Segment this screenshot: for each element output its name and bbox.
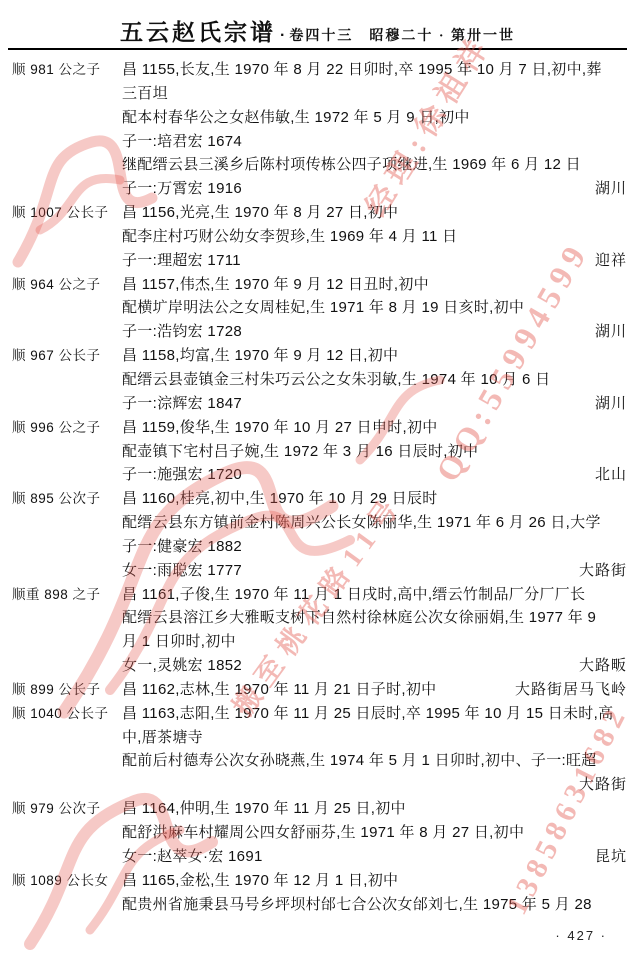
genealogy-entries: 顺 981 公之子 昌 1155,长友,生 1970 年 8 月 22 日卯时,… bbox=[12, 58, 627, 916]
father-ref-label: 顺 1007 公长子 bbox=[12, 201, 122, 225]
genealogy-row: 顺 981 公之子 昌 1155,长友,生 1970 年 8 月 22 日卯时,… bbox=[12, 58, 627, 82]
book-title: 五云赵氏宗谱 bbox=[120, 20, 276, 45]
genealogy-row: 继配缙云县三溪乡后陈村项传栋公四子项继进,生 1969 年 6 月 12 日 bbox=[12, 153, 627, 177]
entry-text: 配前后村德寿公次女孙晓燕,生 1974 年 5 月 1 日卯时,初中、子一:旺超 bbox=[122, 749, 597, 773]
genealogy-row: 顺 1040 公长子 昌 1163,志阳,生 1970 年 11 月 25 日辰… bbox=[12, 702, 627, 726]
entry-text: 昌 1165,金松,生 1970 年 12 月 1 日,初中 bbox=[122, 869, 398, 893]
residence-label: 昆坑 bbox=[595, 845, 627, 869]
residence-label: 湖川 bbox=[595, 177, 627, 201]
entry-text: 子一:理超宏 1711 bbox=[122, 249, 241, 273]
residence-label: 大路街居马飞岭 bbox=[515, 678, 627, 702]
genealogy-row: 配缙云县东方镇前金村陈周兴公长女陈丽华,生 1971 年 6 月 26 日,大学 bbox=[12, 511, 627, 535]
genealogy-row: 子一:淙辉宏 1847 湖川 bbox=[12, 392, 627, 416]
genealogy-row: 子一:浩钧宏 1728 湖川 bbox=[12, 320, 627, 344]
genealogy-row: 女一:雨聪宏 1777 大路街 bbox=[12, 559, 627, 583]
genealogy-row: 女一:赵萃女·宏 1691 昆坑 bbox=[12, 845, 627, 869]
genealogy-row: 顺重 898 之子 昌 1161,子俊,生 1970 年 11 月 1 日戌时,… bbox=[12, 583, 627, 607]
page-number: · 427 · bbox=[555, 928, 607, 943]
genealogy-row: 配贵州省施秉县马号乡坪坝村邰七合公次女邰刘七,生 1975 年 5 月 28 bbox=[12, 893, 627, 917]
entry-text: 女一:赵萃女·宏 1691 bbox=[122, 845, 263, 869]
genealogy-row: 配缙云县溶江乡大雅畈支树下自然村徐林庭公次女徐丽娟,生 1977 年 9 bbox=[12, 606, 627, 630]
entry-text: 昌 1163,志阳,生 1970 年 11 月 25 日辰时,卒 1995 年 … bbox=[122, 702, 613, 726]
title-separator-dot: · bbox=[276, 27, 289, 44]
entry-text: 昌 1157,伟杰,生 1970 年 9 月 12 日丑时,初中 bbox=[122, 273, 429, 297]
genealogy-row: 顺 979 公次子 昌 1164,仲明,生 1970 年 11 月 25 日,初… bbox=[12, 797, 627, 821]
entry-text: 子一:健豪宏 1882 bbox=[122, 535, 242, 559]
father-ref-label: 顺 967 公长子 bbox=[12, 344, 122, 368]
father-ref-label: 顺 1040 公长子 bbox=[12, 702, 122, 726]
entry-text: 配舒洪麻车村耀周公四女舒丽芬,生 1971 年 8 月 27 日,初中 bbox=[122, 821, 524, 845]
genealogy-row: 配壶镇下宅村吕子婉,生 1972 年 3 月 16 日辰时,初中 bbox=[12, 440, 627, 464]
entry-text: 中,厝茶塘寺 bbox=[122, 726, 203, 750]
header-rule bbox=[8, 48, 627, 50]
residence-label: 北山 bbox=[595, 463, 627, 487]
genealogy-row: 女一,灵姚宏 1852 大路畈 bbox=[12, 654, 627, 678]
genealogy-row: 大路街 bbox=[12, 773, 627, 797]
entry-text: 昌 1155,长友,生 1970 年 8 月 22 日卯时,卒 1995 年 1… bbox=[122, 58, 602, 82]
entry-text: 昌 1162,志林,生 1970 年 11 月 21 日子时,初中 bbox=[122, 678, 436, 702]
genealogy-row: 子一:理超宏 1711 迎祥 bbox=[12, 249, 627, 273]
genealogy-row: 中,厝茶塘寺 bbox=[12, 726, 627, 750]
father-ref-label: 顺 1089 公长女 bbox=[12, 869, 122, 893]
entry-text: 配缙云县东方镇前金村陈周兴公长女陈丽华,生 1971 年 6 月 26 日,大学 bbox=[122, 511, 601, 535]
entry-text: 昌 1164,仲明,生 1970 年 11 月 25 日,初中 bbox=[122, 797, 406, 821]
entry-text: 昌 1159,俊华,生 1970 年 10 月 27 日申时,初中 bbox=[122, 416, 438, 440]
entry-text: 子一:浩钧宏 1728 bbox=[122, 320, 242, 344]
father-ref-label: 顺 996 公之子 bbox=[12, 416, 122, 440]
genealogy-row: 月 1 日卯时,初中 bbox=[12, 630, 627, 654]
genealogy-row: 顺 899 公长子 昌 1162,志林,生 1970 年 11 月 21 日子时… bbox=[12, 678, 627, 702]
volume-subtitle: 卷四十三 昭穆二十 · 第卅一世 bbox=[289, 29, 515, 44]
father-ref-label: 顺 981 公之子 bbox=[12, 58, 122, 82]
entry-text: 配缙云县溶江乡大雅畈支树下自然村徐林庭公次女徐丽娟,生 1977 年 9 bbox=[122, 606, 596, 630]
genealogy-row: 三百坦 bbox=[12, 82, 627, 106]
entry-text: 女一:雨聪宏 1777 bbox=[122, 559, 242, 583]
genealogy-row: 顺 967 公长子 昌 1158,均富,生 1970 年 9 月 12 日,初中 bbox=[12, 344, 627, 368]
genealogy-row: 子一:万霄宏 1916 湖川 bbox=[12, 177, 627, 201]
genealogy-row: 配缙云县壶镇金三村朱巧云公之女朱羽敏,生 1974 年 10 月 6 日 bbox=[12, 368, 627, 392]
page-header: 五云赵氏宗谱·卷四十三 昭穆二十 · 第卅一世 bbox=[0, 14, 635, 47]
entry-text: 子一:施强宏 1720 bbox=[122, 463, 242, 487]
genealogy-row: 配横圹岸明法公之女周桂妃,生 1971 年 8 月 19 日亥时,初中 bbox=[12, 296, 627, 320]
entry-text: 子一:万霄宏 1916 bbox=[122, 177, 242, 201]
father-ref-label: 顺 899 公长子 bbox=[12, 678, 122, 702]
entry-text: 子一:培君宏 1674 bbox=[122, 130, 242, 154]
entry-text: 昌 1160,桂亮,初中,生 1970 年 10 月 29 日辰时 bbox=[122, 487, 438, 511]
genealogy-row: 顺 895 公次子 昌 1160,桂亮,初中,生 1970 年 10 月 29 … bbox=[12, 487, 627, 511]
entry-text: 配本村春华公之女赵伟敏,生 1972 年 5 月 9 日,初中 bbox=[122, 106, 470, 130]
residence-label: 迎祥 bbox=[595, 249, 627, 273]
entry-text: 配缙云县壶镇金三村朱巧云公之女朱羽敏,生 1974 年 10 月 6 日 bbox=[122, 368, 550, 392]
entry-text: 三百坦 bbox=[122, 82, 168, 106]
genealogy-row: 子一:施强宏 1720 北山 bbox=[12, 463, 627, 487]
residence-label: 湖川 bbox=[595, 320, 627, 344]
residence-label: 大路街 bbox=[579, 559, 627, 583]
genealogy-row: 顺 964 公之子 昌 1157,伟杰,生 1970 年 9 月 12 日丑时,… bbox=[12, 273, 627, 297]
residence-label: 大路畈 bbox=[579, 654, 627, 678]
genealogy-row: 顺 996 公之子 昌 1159,俊华,生 1970 年 10 月 27 日申时… bbox=[12, 416, 627, 440]
entry-text: 配横圹岸明法公之女周桂妃,生 1971 年 8 月 19 日亥时,初中 bbox=[122, 296, 524, 320]
entry-text: 配壶镇下宅村吕子婉,生 1972 年 3 月 16 日辰时,初中 bbox=[122, 440, 478, 464]
entry-text: 配李庄村巧财公幼女李贺珍,生 1969 年 4 月 11 日 bbox=[122, 225, 457, 249]
residence-label: 大路街 bbox=[579, 773, 627, 797]
father-ref-label: 顺重 898 之子 bbox=[12, 583, 122, 607]
genealogy-row: 配舒洪麻车村耀周公四女舒丽芬,生 1971 年 8 月 27 日,初中 bbox=[12, 821, 627, 845]
genealogy-row: 配李庄村巧财公幼女李贺珍,生 1969 年 4 月 11 日 bbox=[12, 225, 627, 249]
genealogy-page: 五云赵氏宗谱·卷四十三 昭穆二十 · 第卅一世 顺 981 公之子 昌 1155… bbox=[0, 0, 635, 968]
father-ref-label: 顺 979 公次子 bbox=[12, 797, 122, 821]
entry-text: 女一,灵姚宏 1852 bbox=[122, 654, 242, 678]
genealogy-row: 子一:健豪宏 1882 bbox=[12, 535, 627, 559]
father-ref-label: 顺 964 公之子 bbox=[12, 273, 122, 297]
genealogy-row: 配本村春华公之女赵伟敏,生 1972 年 5 月 9 日,初中 bbox=[12, 106, 627, 130]
entry-text: 昌 1156,光亮,生 1970 年 8 月 27 日,初中 bbox=[122, 201, 398, 225]
entry-text: 配贵州省施秉县马号乡坪坝村邰七合公次女邰刘七,生 1975 年 5 月 28 bbox=[122, 893, 592, 917]
genealogy-row: 子一:培君宏 1674 bbox=[12, 130, 627, 154]
entry-text: 昌 1161,子俊,生 1970 年 11 月 1 日戌时,高中,缙云竹制品厂分… bbox=[122, 583, 585, 607]
entry-text: 子一:淙辉宏 1847 bbox=[122, 392, 242, 416]
father-ref-label: 顺 895 公次子 bbox=[12, 487, 122, 511]
genealogy-row: 顺 1089 公长女 昌 1165,金松,生 1970 年 12 月 1 日,初… bbox=[12, 869, 627, 893]
genealogy-row: 顺 1007 公长子 昌 1156,光亮,生 1970 年 8 月 27 日,初… bbox=[12, 201, 627, 225]
genealogy-row: 配前后村德寿公次女孙晓燕,生 1974 年 5 月 1 日卯时,初中、子一:旺超 bbox=[12, 749, 627, 773]
entry-text: 月 1 日卯时,初中 bbox=[122, 630, 236, 654]
residence-label: 湖川 bbox=[595, 392, 627, 416]
entry-text: 昌 1158,均富,生 1970 年 9 月 12 日,初中 bbox=[122, 344, 398, 368]
entry-text: 继配缙云县三溪乡后陈村项传栋公四子项继进,生 1969 年 6 月 12 日 bbox=[122, 153, 581, 177]
